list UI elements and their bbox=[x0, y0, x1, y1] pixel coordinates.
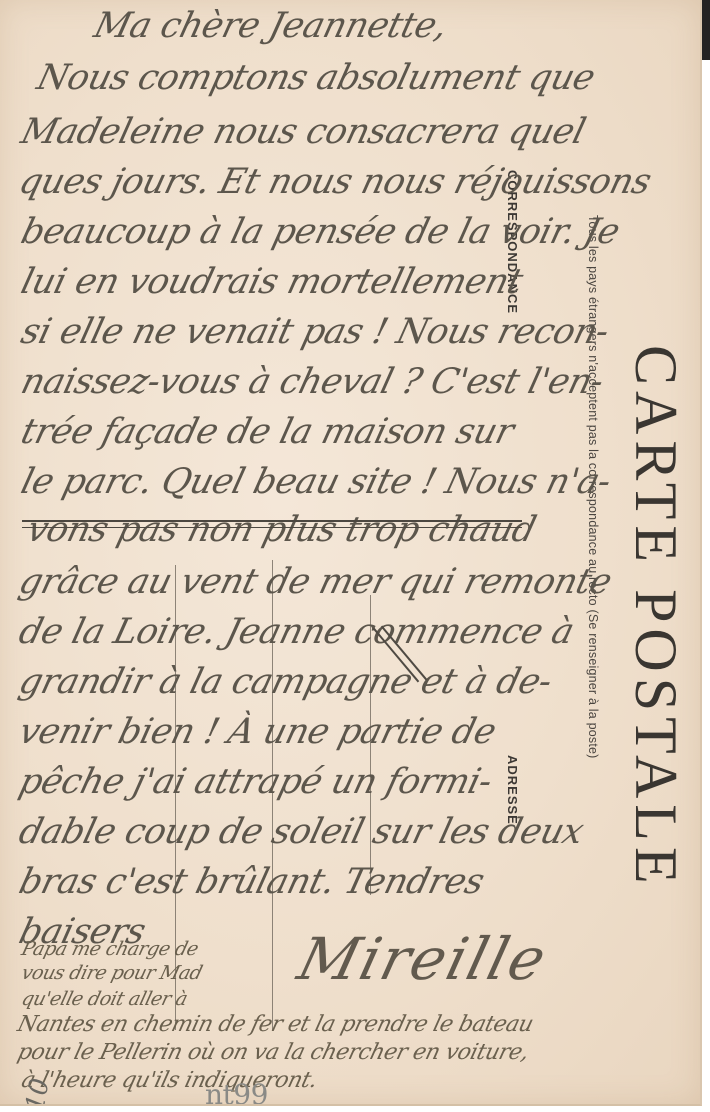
message-line: bras c'est brûlant. Tendres bbox=[15, 862, 488, 902]
ruled-underline bbox=[22, 527, 522, 528]
message-line: beaucoup à la pensée de la voir. Je bbox=[17, 212, 623, 252]
message-line: naissez-vous à cheval ? C'est l'en- bbox=[17, 362, 607, 402]
message-line: vons pas non plus trop chaud bbox=[23, 510, 540, 550]
message-line: pêche j'ai attrapé un formi- bbox=[15, 762, 496, 802]
message-line: Madeleine nous consacrera quel bbox=[17, 112, 589, 152]
postscript-line: qu'elle doit aller à bbox=[19, 988, 189, 1010]
message-line: de la Loire. Jeanne commence à bbox=[15, 612, 578, 652]
postscript-line: Nantes en chemin de fer et la prendre le… bbox=[15, 1012, 536, 1037]
scan-edge bbox=[702, 0, 710, 60]
message-line: lui en voudrais mortellement bbox=[17, 262, 526, 302]
postscript-line: à l'heure qu'ils indiqueront. bbox=[19, 1068, 320, 1093]
ruled-underline bbox=[22, 520, 522, 522]
margin-mark: 10 bbox=[20, 1077, 55, 1106]
message-line: Nous comptons absolument que bbox=[33, 58, 599, 98]
message-line: venir bien ! À une partie de bbox=[15, 712, 500, 752]
message-line: le parc. Quel beau site ! Nous n'a- bbox=[17, 462, 615, 502]
postscript-line: vous dire pour Mad bbox=[19, 962, 204, 984]
message-line: grâce au vent de mer qui remonte bbox=[15, 562, 615, 602]
message-line: ques jours. Et nous nous réjouissons bbox=[15, 162, 655, 202]
message-line: dable coup de soleil sur les deux bbox=[15, 812, 587, 852]
postscript-line: Papa me charge de bbox=[19, 938, 200, 960]
postcard-back: CORRESPONDANCE ADRESSE Tous les pays étr… bbox=[0, 0, 702, 1106]
message-line: Ma chère Jeannette, bbox=[90, 6, 451, 46]
message-line: trée façade de la maison sur bbox=[17, 412, 517, 452]
message-line: grandir à la campagne et à de- bbox=[15, 662, 556, 702]
message-line: si elle ne venait pas ! Nous recon- bbox=[17, 312, 613, 352]
pencil-number: nt99 bbox=[205, 1078, 268, 1106]
signature: Mireille bbox=[292, 925, 555, 993]
postscript-line: pour le Pellerin où on va la chercher en… bbox=[15, 1040, 531, 1065]
carte-postale-title: CARTE POSTALE bbox=[621, 345, 690, 890]
